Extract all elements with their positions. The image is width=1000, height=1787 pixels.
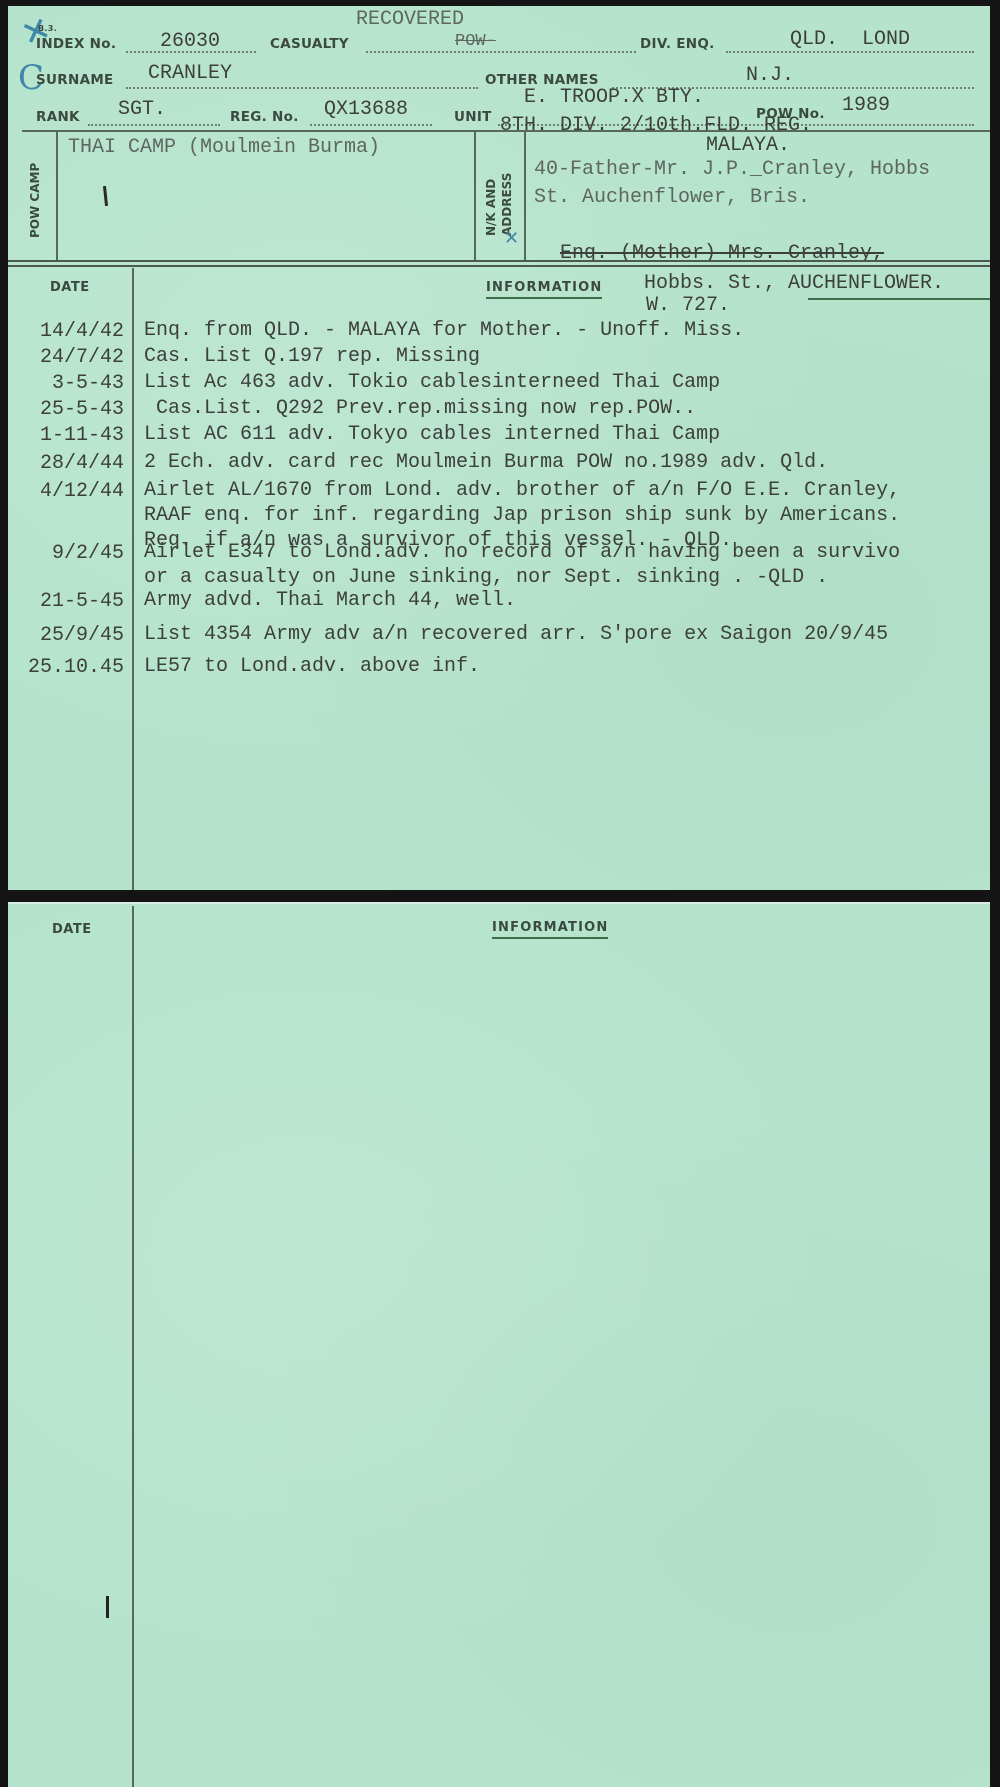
pow-camp-value: THAI CAMP (Moulmein Burma) bbox=[68, 136, 380, 159]
back-date-column-header: DATE bbox=[52, 922, 92, 937]
pow-no-value: 1989 bbox=[842, 94, 890, 117]
entry-date: 9/2/45 bbox=[8, 542, 124, 565]
information-column-header: INFORMATION bbox=[486, 280, 602, 299]
entry-text: 2 Ech. adv. card rec Moulmein Burma POW … bbox=[144, 450, 828, 475]
pow-camp-right-divider bbox=[474, 130, 476, 260]
entry-text: List 4354 Army adv a/n recovered arr. S'… bbox=[144, 622, 888, 647]
back-top-edge bbox=[8, 902, 990, 904]
pow-camp-label: POW CAMP bbox=[28, 163, 42, 238]
index-label: INDEX No. bbox=[36, 36, 116, 52]
entry-text: List AC 611 adv. Tokyo cables interned T… bbox=[144, 422, 720, 447]
header-double-rule-bottom bbox=[8, 265, 990, 267]
index-value: 26030 bbox=[160, 30, 220, 53]
nk-address-line2: St. Auchenflower, Bris. bbox=[534, 186, 810, 209]
back-date-column-divider bbox=[132, 906, 134, 1787]
entry-text: Airlet E347 to Lond.adv. no record of a/… bbox=[144, 540, 900, 590]
div-enq-dots bbox=[726, 51, 974, 53]
entry-date: 25.10.45 bbox=[8, 656, 124, 679]
casualty-value-recovered: RECOVERED bbox=[356, 8, 464, 31]
casualty-value-struck: POW- bbox=[455, 32, 496, 51]
record-card-front: ✕ C B.3. INDEX No. 26030 CASUALTY RECOVE… bbox=[8, 6, 990, 890]
nk-address-label-line2: ADDRESS bbox=[500, 173, 514, 236]
casualty-label: CASUALTY bbox=[270, 36, 349, 52]
entry-text: LE57 to Lond.adv. above inf. bbox=[144, 654, 480, 679]
nk-address-line4: Hobbs. St., AUCHENFLOWER. bbox=[644, 272, 944, 295]
div-enq-label: DIV. ENQ. bbox=[640, 36, 715, 52]
entry-date: 24/7/42 bbox=[8, 346, 124, 369]
unit-line3: MALAYA. bbox=[706, 134, 790, 157]
entry-date: 25-5-43 bbox=[8, 398, 124, 421]
entry-date: 3-5-43 bbox=[8, 372, 124, 395]
rank-dots bbox=[88, 124, 220, 126]
entry-text: Enq. from QLD. - MALAYA for Mother. - Un… bbox=[144, 318, 744, 343]
nk-address-line5: W. 727. bbox=[646, 294, 730, 317]
entry-text: Cas. List Q.197 rep. Missing bbox=[144, 344, 480, 369]
unit-line1: E. TROOP.X BTY. bbox=[524, 86, 704, 109]
rank-label: RANK bbox=[36, 109, 80, 125]
surname-value: CRANLEY bbox=[148, 62, 232, 85]
entry-date: 21-5-45 bbox=[8, 590, 124, 613]
back-information-column-header: INFORMATION bbox=[492, 920, 608, 939]
entry-date: 25/9/45 bbox=[8, 624, 124, 647]
surname-dots bbox=[126, 87, 478, 89]
form-code: B.3. bbox=[38, 24, 57, 33]
pencil-tick-mark-back bbox=[106, 1596, 109, 1618]
div-enq-value: QLD. LOND bbox=[790, 28, 910, 51]
rank-value: SGT. bbox=[118, 98, 166, 121]
pencil-tick-mark bbox=[103, 186, 108, 206]
reg-no-dots bbox=[310, 124, 432, 126]
date-column-divider bbox=[132, 268, 134, 890]
surname-label: SURNAME bbox=[36, 72, 114, 88]
other-names-value: N.J. bbox=[746, 64, 794, 87]
pow-no-label: POW No. bbox=[756, 106, 825, 122]
entry-text: Cas.List. Q292 Prev.rep.missing now rep.… bbox=[144, 396, 696, 421]
blue-pencil-x-small: ✕ bbox=[504, 228, 519, 249]
nk-address-label-line1: N/K AND bbox=[484, 179, 498, 236]
entry-date: 4/12/44 bbox=[8, 480, 124, 503]
pow-camp-top-rule bbox=[22, 130, 990, 132]
nk-label-divider bbox=[524, 130, 526, 260]
auchenflower-underline bbox=[808, 298, 990, 300]
record-card-back: DATE INFORMATION bbox=[8, 902, 990, 1787]
header-double-rule-top bbox=[8, 260, 990, 262]
entry-date: 28/4/44 bbox=[8, 452, 124, 475]
date-column-header: DATE bbox=[50, 280, 90, 295]
nk-address-line3-struck: Enq. (Mother) Mrs. Cranley, bbox=[560, 242, 884, 265]
entry-date: 1-11-43 bbox=[8, 424, 124, 447]
reg-no-value: QX13688 bbox=[324, 98, 408, 121]
entry-date: 14/4/42 bbox=[8, 320, 124, 343]
unit-label: UNIT bbox=[454, 109, 492, 125]
nk-address-line1: 40-Father-Mr. J.P._Cranley, Hobbs bbox=[534, 158, 930, 181]
entry-text: List Ac 463 adv. Tokio cablesinterneed T… bbox=[144, 370, 720, 395]
casualty-dots bbox=[366, 51, 636, 53]
reg-no-label: REG. No. bbox=[230, 109, 299, 125]
entry-text: Army advd. Thai March 44, well. bbox=[144, 588, 516, 613]
pow-camp-label-divider bbox=[56, 130, 58, 260]
